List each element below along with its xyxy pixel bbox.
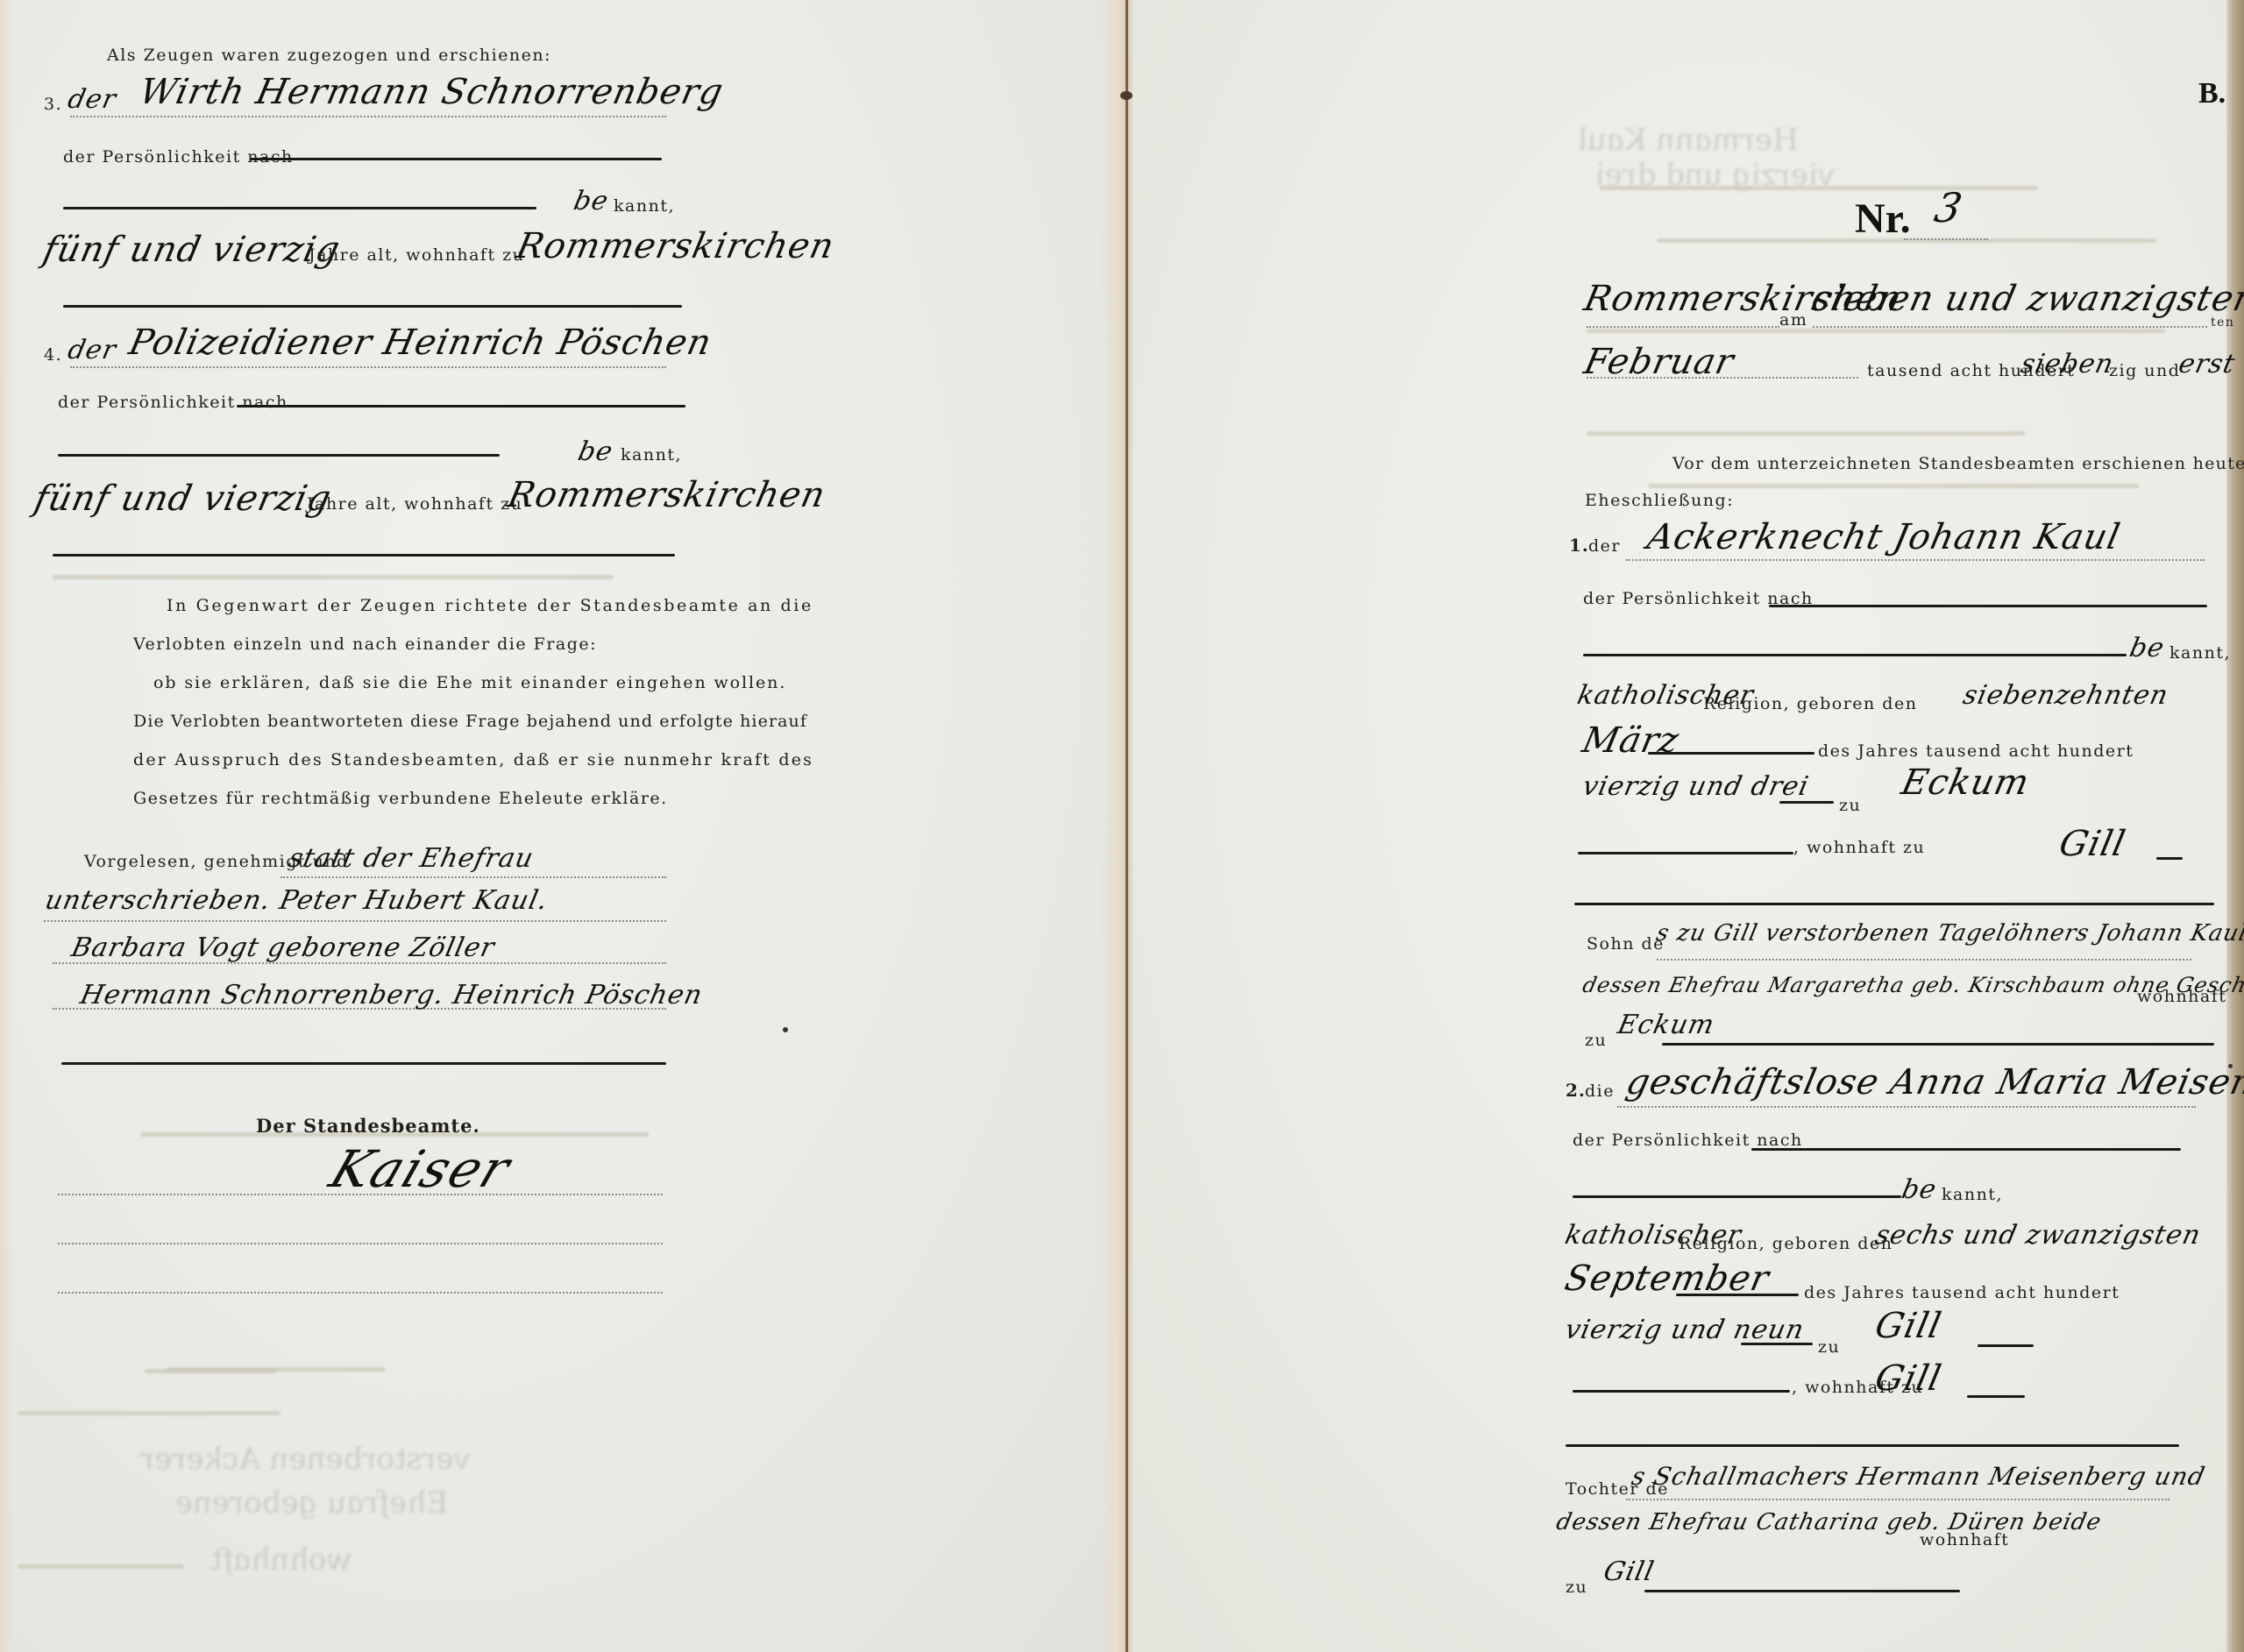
declaration-line: der Ausspruch des Standesbeamten, daß er…: [133, 750, 813, 769]
bride-birth-year: vierzig und neun: [1562, 1315, 1807, 1345]
witness4-prefix: der: [65, 335, 119, 365]
binding-knot: [1120, 91, 1133, 100]
witness4-identity-line: [237, 405, 685, 408]
witness4-age: fünf und vierzig: [31, 479, 335, 519]
official-signature: Kaiser: [323, 1139, 520, 1199]
year-tens: sieben: [2018, 349, 2116, 379]
witness3-age-label: Jahre alt, wohnhaft zu: [309, 245, 524, 265]
groom-birth-year-label: des Jahres tausend acht hundert: [1818, 741, 2134, 761]
witness4-known-line: [58, 454, 500, 457]
open-register-book: verstorbenen Ackerer Ehefrau geborene wo…: [0, 0, 2244, 1652]
intro-line: Vor dem unterzeichneten Standesbeamten e…: [1672, 454, 2244, 473]
groom-parents-line1: s zu Gill verstorbenen Tagelöhners Johan…: [1654, 920, 2244, 947]
bleed-rule: [18, 1564, 184, 1569]
section-letter: B.: [2198, 77, 2226, 110]
groom-parents-label: Sohn de: [1587, 934, 1665, 954]
day-line: [1813, 326, 2207, 328]
bleed-rule: [18, 1411, 280, 1415]
declaration-line: Die Verlobten beantworteten diese Frage …: [133, 712, 807, 731]
bride-parents-line2: dessen Ehefrau Catharina geb. Düren beid…: [1554, 1509, 2105, 1535]
witness3-end-rule: [63, 305, 682, 308]
witness4-number: 4.: [44, 345, 62, 365]
declaration-line: Gesetzes für rechtmäßig verbundene Ehele…: [133, 789, 668, 808]
ink-speck: [783, 1027, 788, 1032]
bleed-text: Hermann Kaul: [1574, 123, 1801, 158]
bleed-rule: [53, 575, 614, 579]
am-label: am: [1779, 310, 1807, 330]
bride-end-rule: [1566, 1444, 2179, 1447]
right-page: [1133, 0, 2226, 1652]
record-label: Nr.: [1855, 195, 1911, 243]
read-hw-line: statt der Ehefrau: [286, 843, 536, 874]
bride-name: geschäftslose Anna Maria Meisenberg: [1623, 1062, 2244, 1103]
day: sieben und zwanzigsten: [1808, 279, 2244, 319]
bride-residence-line: [1573, 1390, 1790, 1393]
bride-known-hw: be: [1899, 1174, 1939, 1205]
groom-identity-line: [1769, 605, 2207, 607]
signature-line: [58, 1194, 663, 1195]
witness4-end-rule: [53, 554, 675, 557]
witness3-identity-label: der Persönlichkeit nach: [63, 147, 294, 167]
bride-birth-year-label: des Jahres tausend acht hundert: [1804, 1283, 2120, 1302]
groom-birth-day: siebenzehnten: [1960, 680, 2171, 711]
groom-known-label: kannt,: [2169, 643, 2231, 663]
groom-religion-label: Religion, geboren den: [1703, 694, 1917, 713]
bleed-text: wohnhaft: [207, 1542, 355, 1578]
record-number-line: [1904, 238, 1988, 240]
groom-name-line: [1626, 559, 2205, 561]
witness4-name: Polizeidiener Heinrich Pöschen: [125, 323, 715, 363]
intro-line: Eheschließung:: [1585, 491, 1734, 510]
groom-end-rule: [1574, 903, 2214, 905]
bride-parents-end-rule: [1644, 1590, 1960, 1592]
bride-parents-line: [1626, 1499, 2169, 1500]
groom-birth-place-label: zu: [1839, 796, 1861, 815]
groom-name: Ackerknecht Johann Kaul: [1644, 517, 2124, 557]
bleed-rule: [1648, 484, 2139, 488]
groom-year-line: [1779, 801, 1834, 804]
bleed-rule: [1587, 329, 2165, 333]
groom-article: der: [1588, 536, 1621, 556]
read-hw-line: Hermann Schnorrenberg. Heinrich Pöschen: [77, 980, 706, 1010]
witness3-identity-line: [250, 158, 662, 160]
witnesses-heading: Als Zeugen waren zugezogen und erschiene…: [107, 46, 551, 65]
bride-parents-line1: s Schallmachers Hermann Meisenberg und: [1629, 1462, 2207, 1491]
groom-birth-place: Eckum: [1898, 762, 2033, 803]
signature-line: [58, 1243, 663, 1244]
official-title: Der Standesbeamte.: [256, 1115, 480, 1137]
binding-thread: [1126, 0, 1128, 1652]
declaration-line: In Gegenwart der Zeugen richtete der Sta…: [167, 596, 813, 615]
witness3-age: fünf und vierzig: [39, 230, 344, 270]
read-line: [44, 920, 666, 922]
bleed-rule: [167, 1367, 386, 1372]
groom-parents-line: [1657, 959, 2191, 961]
groom-residence-line: [1578, 852, 1793, 854]
bride-name-line: [1617, 1106, 2196, 1108]
groom-parents-zu-label: zu: [1585, 1031, 1607, 1050]
witness3-name-line: [70, 116, 666, 117]
place-line: [1587, 326, 1779, 328]
bride-number: 2.: [1566, 1080, 1586, 1101]
read-hw-line: Barbara Vogt geborene Zöller: [68, 932, 497, 963]
year-zig-label: zig und: [2109, 361, 2180, 380]
bride-identity-line: [1751, 1148, 2181, 1151]
bride-parents-zu-label: zu: [1566, 1578, 1587, 1597]
groom-residence-end: [2156, 857, 2183, 860]
groom-month-line: [1648, 752, 1814, 755]
bride-identity-label: der Persönlichkeit nach: [1573, 1131, 1803, 1150]
witness4-name-line: [70, 366, 666, 368]
witness4-residence: Rommerskirchen: [504, 475, 829, 515]
witness4-known-label: kannt,: [621, 445, 682, 464]
bride-religion-label: Religion, geboren den: [1679, 1234, 1892, 1253]
declaration-line: Verlobten einzeln und nach einander die …: [133, 635, 597, 654]
groom-parents-end-rule: [1662, 1043, 2214, 1046]
bleed-text: verstorbenen Ackerer: [137, 1442, 473, 1477]
groom-known-hw: be: [2127, 633, 2167, 663]
witness3-known-line: [63, 207, 536, 209]
witness4-identity-label: der Persönlichkeit nach: [58, 393, 288, 412]
bride-birth-place-end: [1978, 1344, 2034, 1347]
day-suffix: ten: [2211, 316, 2234, 330]
book-page-edges: [2226, 0, 2244, 1652]
read-line: [280, 876, 666, 878]
witness4-known-hw: be: [575, 436, 615, 467]
groom-residence-label: , wohnhaft zu: [1793, 838, 1925, 857]
bride-known-line: [1573, 1195, 1901, 1198]
witness3-number: 3.: [44, 95, 62, 114]
bride-residence: Gill: [1871, 1358, 1945, 1399]
witness4-age-label: Jahre alt, wohnhaft zu: [307, 494, 522, 514]
left-page-edge: [0, 0, 12, 1652]
groom-known-line: [1583, 654, 2127, 656]
groom-number: 1.: [1569, 535, 1589, 556]
bride-month-line: [1676, 1294, 1799, 1296]
read-end-rule: [61, 1062, 666, 1065]
bride-birth-place: Gill: [1871, 1306, 1945, 1346]
read-hw-line: unterschrieben. Peter Hubert Kaul.: [42, 885, 550, 916]
bride-known-label: kannt,: [1942, 1185, 2003, 1204]
groom-birth-year: vierzig und drei: [1580, 771, 1812, 802]
groom-birth-month: März: [1579, 720, 1683, 761]
bride-parents-residence: Gill: [1601, 1556, 1657, 1587]
witness3-prefix: der: [65, 84, 119, 115]
bride-parents-residence-label: wohnhaft: [1920, 1530, 2009, 1549]
bleed-text: Ehefrau geborene: [172, 1485, 451, 1521]
bride-year-line: [1741, 1343, 1813, 1345]
witness3-known-hw: be: [571, 186, 611, 216]
bride-birth-place-label: zu: [1818, 1337, 1840, 1357]
month-line: [1587, 377, 1858, 379]
bride-residence-end: [1967, 1395, 2025, 1398]
ink-speck: [2228, 1064, 2233, 1068]
witness3-known-label: kannt,: [614, 196, 675, 216]
bleed-rule: [1600, 186, 2038, 190]
signature-line: [58, 1292, 663, 1294]
witness3-name: Wirth Hermann Schnorrenberg: [136, 72, 727, 112]
year-units: erst: [2176, 349, 2238, 379]
bride-article: die: [1585, 1081, 1615, 1101]
declaration-line: ob sie erklären, daß sie die Ehe mit ein…: [153, 673, 786, 692]
bleed-rule: [1587, 431, 2025, 436]
bride-birth-day: sechs und zwanzigsten: [1872, 1220, 2204, 1251]
groom-parents-residence: Eckum: [1615, 1010, 1717, 1040]
groom-parents-residence-label: wohnhaft: [2137, 987, 2226, 1006]
groom-residence: Gill: [2056, 824, 2129, 864]
witness3-residence: Rommerskirchen: [513, 226, 838, 266]
